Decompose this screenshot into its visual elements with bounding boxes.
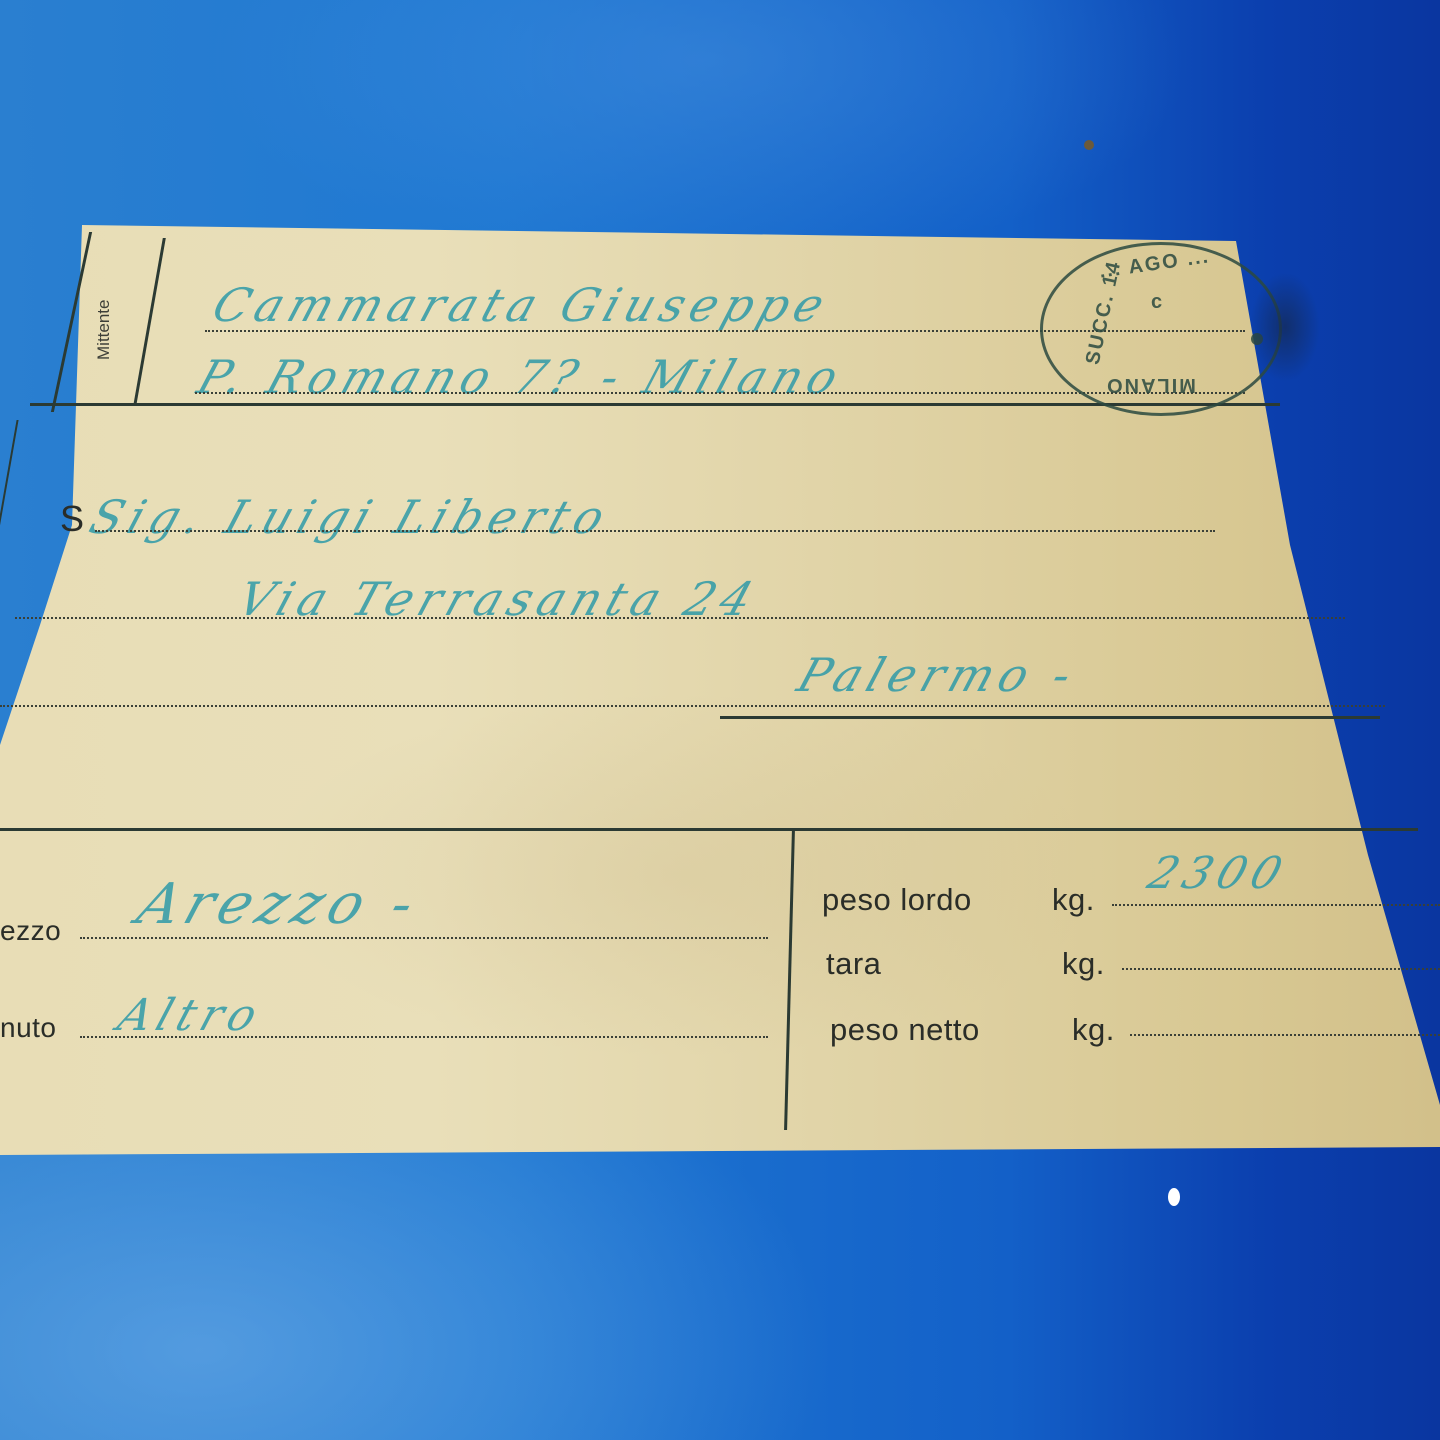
mezzo-line — [80, 937, 768, 939]
sender-address-handwriting: P. Romano 7? - Milano — [191, 350, 851, 404]
peso-netto-line — [1130, 1034, 1440, 1036]
recipient-line-2 — [15, 617, 1345, 619]
postmark-stamp: ... AGO ... SUCC. 14 MILANO c — [1040, 242, 1282, 416]
field-label-contenuto: nuto — [0, 1012, 57, 1044]
postmark-center-mark: c — [1151, 291, 1164, 314]
sender-name-handwriting: Cammarata Giuseppe — [206, 278, 837, 332]
lower-section-top-rule — [0, 828, 1418, 831]
peso-lordo-label: peso lordo — [822, 882, 972, 918]
mezzo-handwriting: Arezzo - — [129, 872, 428, 937]
mittente-label: Mittente — [94, 300, 114, 360]
surface-dot — [1084, 140, 1094, 150]
postmark-bottom-text: MILANO — [1105, 373, 1196, 396]
recipient-line-3 — [0, 705, 1385, 707]
field-label-mezzo: ezzo — [0, 915, 61, 947]
tara-unit: kg. — [1062, 946, 1105, 982]
ink-stain — [1250, 272, 1320, 382]
recipient-underline — [720, 716, 1380, 719]
recipient-prefix: S — [60, 498, 85, 540]
tara-label: tara — [826, 946, 881, 982]
light-reflection — [1168, 1188, 1180, 1206]
tara-line — [1122, 968, 1440, 970]
postmark-left-text: SUCC. 14 — [1082, 258, 1127, 366]
recipient-city-handwriting: Palermo - — [791, 648, 1084, 702]
recipient-name-handwriting: Sig. Luigi Liberto — [83, 490, 617, 544]
contenuto-handwriting: Altro — [112, 990, 270, 1041]
peso-netto-label: peso netto — [830, 1012, 980, 1048]
peso-lordo-unit: kg. — [1052, 882, 1095, 918]
peso-netto-unit: kg. — [1072, 1012, 1115, 1048]
recipient-line-1 — [95, 530, 1215, 532]
peso-lordo-value: 2300 — [1142, 848, 1295, 899]
peso-lordo-line — [1112, 904, 1440, 906]
